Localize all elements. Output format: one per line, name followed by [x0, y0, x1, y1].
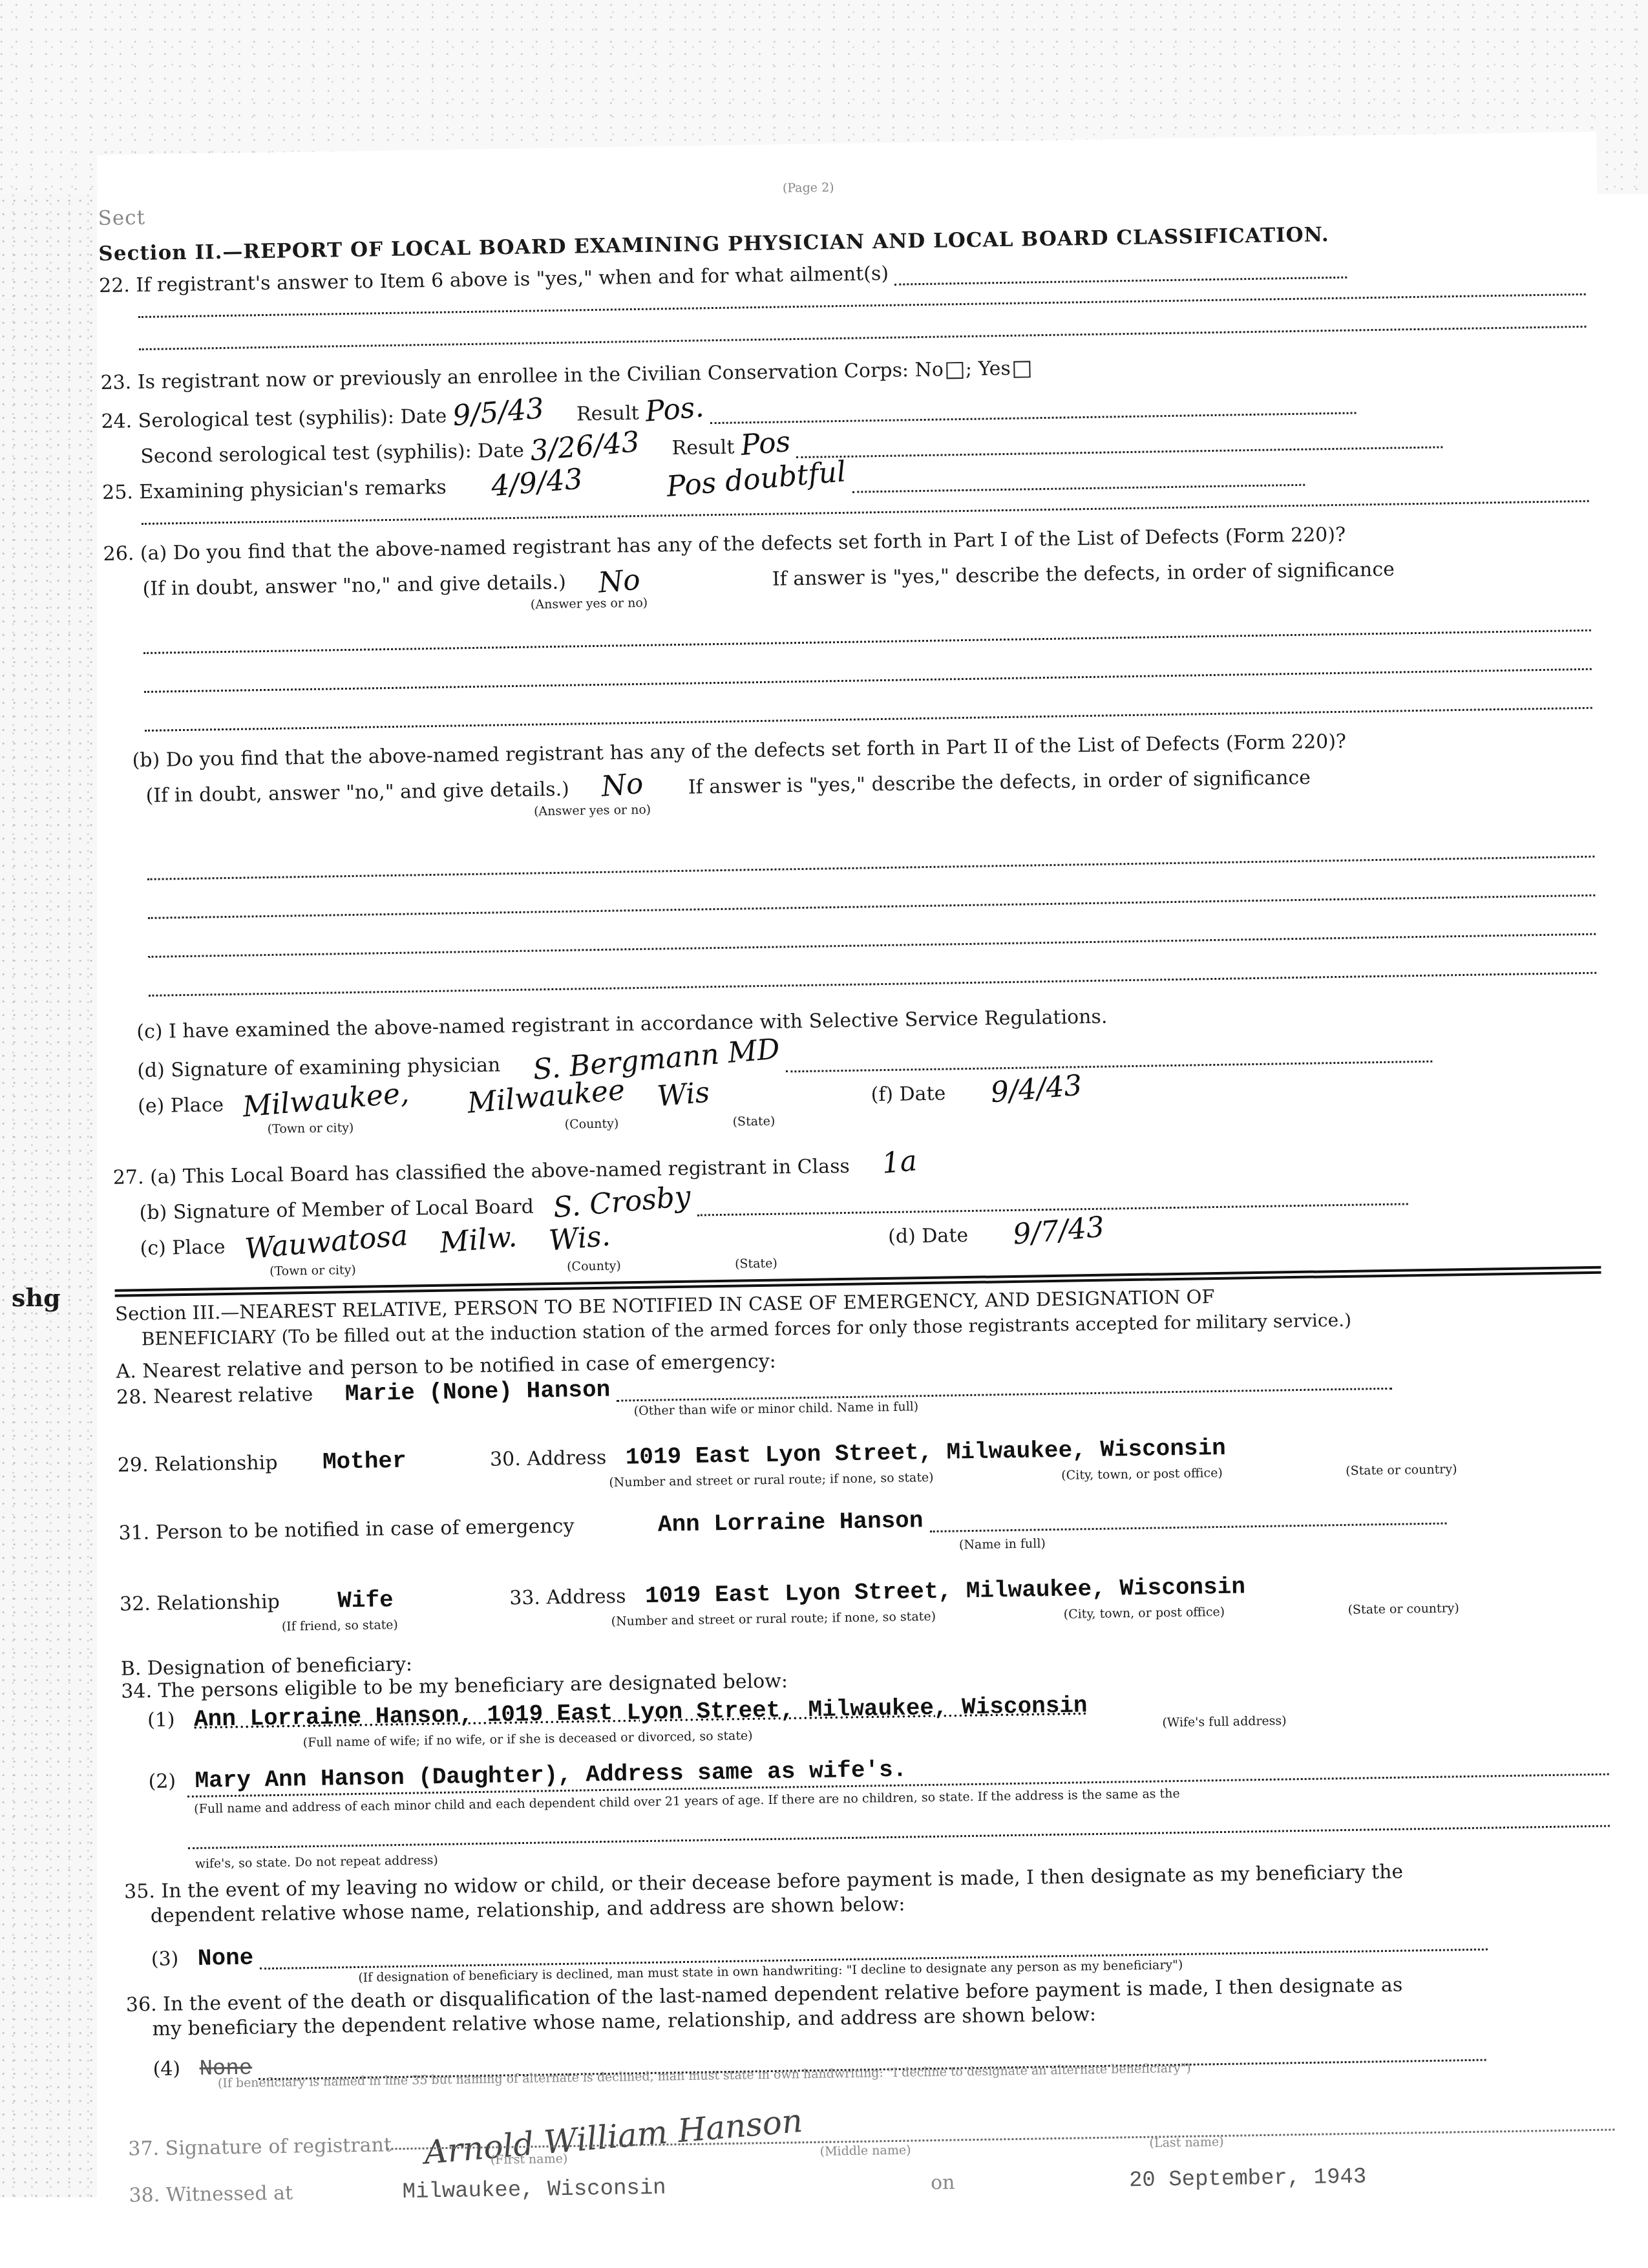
- second-test-label: Second serological test (syphilis): Date: [140, 440, 524, 468]
- item-26b-answer[interactable]: No: [600, 772, 644, 799]
- item-26a-line-1: [143, 630, 1591, 654]
- classification-value[interactable]: 1a: [881, 1149, 918, 1176]
- address-2-caption-state: (State or country): [1347, 1601, 1459, 1617]
- board-place-county[interactable]: Milw.: [439, 1225, 518, 1255]
- item-26a-answer[interactable]: No: [597, 561, 728, 595]
- classification-label: 27. (a) This Local Board has classified …: [113, 1155, 850, 1189]
- item-22-label: 22. If registrant's answer to Item 6 abo…: [99, 262, 889, 297]
- registrant-signature[interactable]: Arnold William Hanson: [423, 2109, 803, 2165]
- item-26c-label: (c) I have examined the above-named regi…: [136, 1006, 1108, 1044]
- exam-place-county[interactable]: Milwaukee: [467, 1079, 626, 1116]
- beneficiary-2-caption-2: wife's, so state. Do not repeat address): [195, 1853, 438, 1871]
- address-2-caption-city: (City, town, or post office): [1063, 1605, 1225, 1622]
- physician-signature-label: (d) Signature of examining physician: [137, 1054, 501, 1082]
- item-26b-answer-caption: (Answer yes or no): [534, 803, 651, 819]
- serological-result[interactable]: Pos.: [644, 396, 705, 424]
- item-38-row: 38. Witnessed at Milwaukee, Wisconsin on…: [129, 2165, 1366, 2209]
- nearest-relative-value[interactable]: Marie (None) Hanson: [345, 1377, 611, 1407]
- second-alt-num: (4): [153, 2057, 180, 2081]
- address-caption-city: (City, town, or post office): [1061, 1466, 1223, 1483]
- remarks-value[interactable]: Pos doubtful: [666, 460, 847, 499]
- item-23-label: 23. Is registrant now or previously an e…: [100, 359, 909, 394]
- beneficiary-1-caption-name: (Full name of wife; if no wife, or if sh…: [302, 1728, 752, 1750]
- page-marker: (Page 2): [783, 176, 834, 200]
- address-label: 30. Address: [490, 1447, 607, 1471]
- board-signature-label: (b) Signature of Member of Local Board: [139, 1196, 534, 1225]
- emergency-contact-value[interactable]: Ann Lorraine Hanson: [658, 1507, 924, 1538]
- relationship-2-caption: (If friend, so state): [282, 1618, 398, 1634]
- beneficiary-1-caption-address: (Wife's full address): [1162, 1713, 1287, 1730]
- remarks-line: [852, 467, 1305, 493]
- address-value[interactable]: 1019 East Lyon Street, Milwaukee, Wiscon…: [626, 1435, 1226, 1471]
- item-29-30-row: 29. Relationship Mother 30. Address 1019…: [118, 1437, 1226, 1478]
- exam-place-label: (e) Place: [138, 1094, 224, 1118]
- address-caption-street: (Number and street or rural route; if no…: [609, 1470, 934, 1490]
- physician-signature-line: [786, 1044, 1432, 1073]
- exam-place-state[interactable]: Wis: [656, 1081, 710, 1109]
- form-page: Sect (Page 2) Section II.—REPORT OF LOCA…: [97, 132, 1629, 2223]
- item-26a-answer-caption: (Answer yes or no): [531, 596, 648, 612]
- alt-beneficiary-num: (3): [151, 1947, 179, 1971]
- address-2-label: 33. Address: [509, 1585, 626, 1609]
- registrant-signature-label: 37. Signature of registrant: [128, 2134, 392, 2160]
- witnessed-year[interactable]: 43: [1340, 2165, 1366, 2190]
- address-2-value[interactable]: 1019 East Lyon Street, Milwaukee, Wiscon…: [645, 1573, 1245, 1609]
- item-27a-row: 27. (a) This Local Board has classified …: [113, 1150, 917, 1190]
- margin-initials: shg: [12, 1283, 61, 1312]
- board-place-town[interactable]: Wauwatosa: [244, 1224, 408, 1261]
- remarks-date[interactable]: 4/9/43: [491, 467, 584, 498]
- board-place-state[interactable]: Wis.: [548, 1224, 611, 1253]
- second-serological-date[interactable]: 3/26/43: [529, 430, 640, 463]
- state-caption-27: (State): [735, 1256, 777, 1271]
- relationship-2-label: 32. Relationship: [120, 1591, 280, 1616]
- exam-date-label: (f) Date: [871, 1083, 945, 1107]
- item-24-label: 24. Serological test (syphilis): Date: [101, 405, 447, 433]
- physician-signature[interactable]: S. Bergmann MD: [532, 1037, 781, 1082]
- item-26a-line-3: [145, 707, 1592, 732]
- nearest-relative-line: [617, 1371, 1392, 1402]
- board-signature[interactable]: S. Crosby: [552, 1185, 692, 1220]
- alt-beneficiary-value[interactable]: None: [198, 1945, 254, 1972]
- witnessed-date[interactable]: 20 September: [1129, 2166, 1287, 2193]
- relationship-label: 29. Relationship: [118, 1452, 278, 1477]
- item-23: 23. Is registrant now or previously an e…: [100, 357, 1033, 395]
- beneficiary-2-line-2: [188, 1825, 1610, 1850]
- beneficiary-1-num: (1): [147, 1708, 175, 1732]
- address-caption-state: (State or country): [1346, 1462, 1457, 1478]
- last-name-caption: (Last name): [1149, 2135, 1223, 2150]
- board-date-label: (d) Date: [888, 1224, 968, 1248]
- item-22-line-2: [138, 293, 1586, 318]
- second-result-line: [796, 429, 1442, 458]
- result-label: Result: [576, 402, 639, 426]
- remarks-line-2: [142, 500, 1589, 525]
- item-26d-row: (d) Signature of examining physician S. …: [137, 1036, 1433, 1083]
- second-serological-result[interactable]: Pos: [739, 430, 791, 458]
- ccc-yes-label: Yes: [978, 357, 1011, 381]
- relationship-value[interactable]: Mother: [322, 1448, 407, 1476]
- serological-date[interactable]: 9/5/43: [452, 397, 545, 428]
- middle-name-caption: (Middle name): [819, 2143, 911, 2159]
- emergency-contact-caption: (Name in full): [959, 1536, 1046, 1552]
- witnessed-at-label: 38. Witnessed at: [129, 2182, 293, 2207]
- town-caption-27: (Town or city): [269, 1263, 356, 1278]
- board-signature-line: [697, 1186, 1408, 1216]
- board-place-label: (c) Place: [140, 1236, 226, 1260]
- item-26b-row: (If in doubt, answer "no," and give deta…: [145, 763, 1311, 808]
- item-26a-line-2: [144, 668, 1592, 693]
- beneficiary-2-value[interactable]: Mary Ann Hanson (Daughter), Address same…: [195, 1757, 907, 1794]
- emergency-contact-line: [929, 1505, 1446, 1532]
- item-22-field[interactable]: [894, 260, 1347, 286]
- nearest-relative-label: 28. Nearest relative: [116, 1383, 313, 1409]
- witnessed-place[interactable]: Milwaukee, Wisconsin: [402, 2176, 666, 2205]
- relationship-2-value[interactable]: Wife: [337, 1587, 394, 1614]
- corner-label: Sect: [98, 206, 145, 230]
- first-name-caption: (First name): [491, 2152, 568, 2167]
- town-caption: (Town or city): [268, 1121, 354, 1136]
- scan-noise-left: [0, 194, 97, 2198]
- exam-date[interactable]: 9/4/43: [989, 1074, 1083, 1105]
- exam-place-town[interactable]: Milwaukee,: [242, 1082, 410, 1119]
- item-26a-if-yes: If answer is "yes," describe the defects…: [772, 558, 1395, 591]
- item-26b-line-3: [148, 933, 1596, 958]
- beneficiary-2-row: (2) Mary Ann Hanson (Daughter), Address …: [148, 1759, 907, 1794]
- item-22-line-3: [139, 326, 1587, 350]
- item-26b-line-2: [148, 895, 1596, 919]
- remarks-label: 25. Examining physician's remarks: [102, 476, 447, 504]
- beneficiary-2-num: (2): [148, 1770, 176, 1793]
- second-result-label: Result: [671, 436, 734, 460]
- board-date[interactable]: 9/7/43: [1012, 1216, 1105, 1247]
- item-27c-row: (c) Place Wauwatosa Milw. Wis. (d) Date …: [140, 1219, 1104, 1260]
- ccc-yes-checkbox[interactable]: [1013, 361, 1030, 377]
- address-2-caption-street: (Number and street or rural route; if no…: [611, 1609, 936, 1629]
- result-line: [710, 395, 1356, 424]
- item-26b-line-1: [147, 856, 1595, 880]
- witnessed-year-prefix: , 19: [1287, 2165, 1340, 2190]
- nearest-relative-caption: (Other than wife or minor child. Name in…: [633, 1399, 918, 1418]
- county-caption-27: (County): [567, 1258, 621, 1273]
- emergency-contact-label: 31. Person to be notified in case of eme…: [118, 1515, 574, 1545]
- item-26b-if-yes: If answer is "yes," describe the defects…: [688, 767, 1311, 799]
- witnessed-on-label: on: [931, 2172, 955, 2195]
- item-31-row: 31. Person to be notified in case of eme…: [118, 1501, 1446, 1545]
- item-26b-line-4: [149, 972, 1596, 997]
- ccc-no-checkbox[interactable]: [946, 362, 963, 379]
- item-26e-row: (e) Place Milwaukee, Milwaukee Wis (f) D…: [138, 1077, 1083, 1118]
- item-37-row: 37. Signature of registrant Arnold Willi…: [128, 2122, 803, 2161]
- item-26a-sub: (If in doubt, answer "no," and give deta…: [142, 571, 566, 600]
- ccc-no-label: No: [914, 358, 944, 381]
- state-caption: (State): [732, 1114, 775, 1129]
- county-caption: (County): [564, 1117, 618, 1132]
- item-26b-sub: (If in doubt, answer "no," and give deta…: [145, 778, 569, 807]
